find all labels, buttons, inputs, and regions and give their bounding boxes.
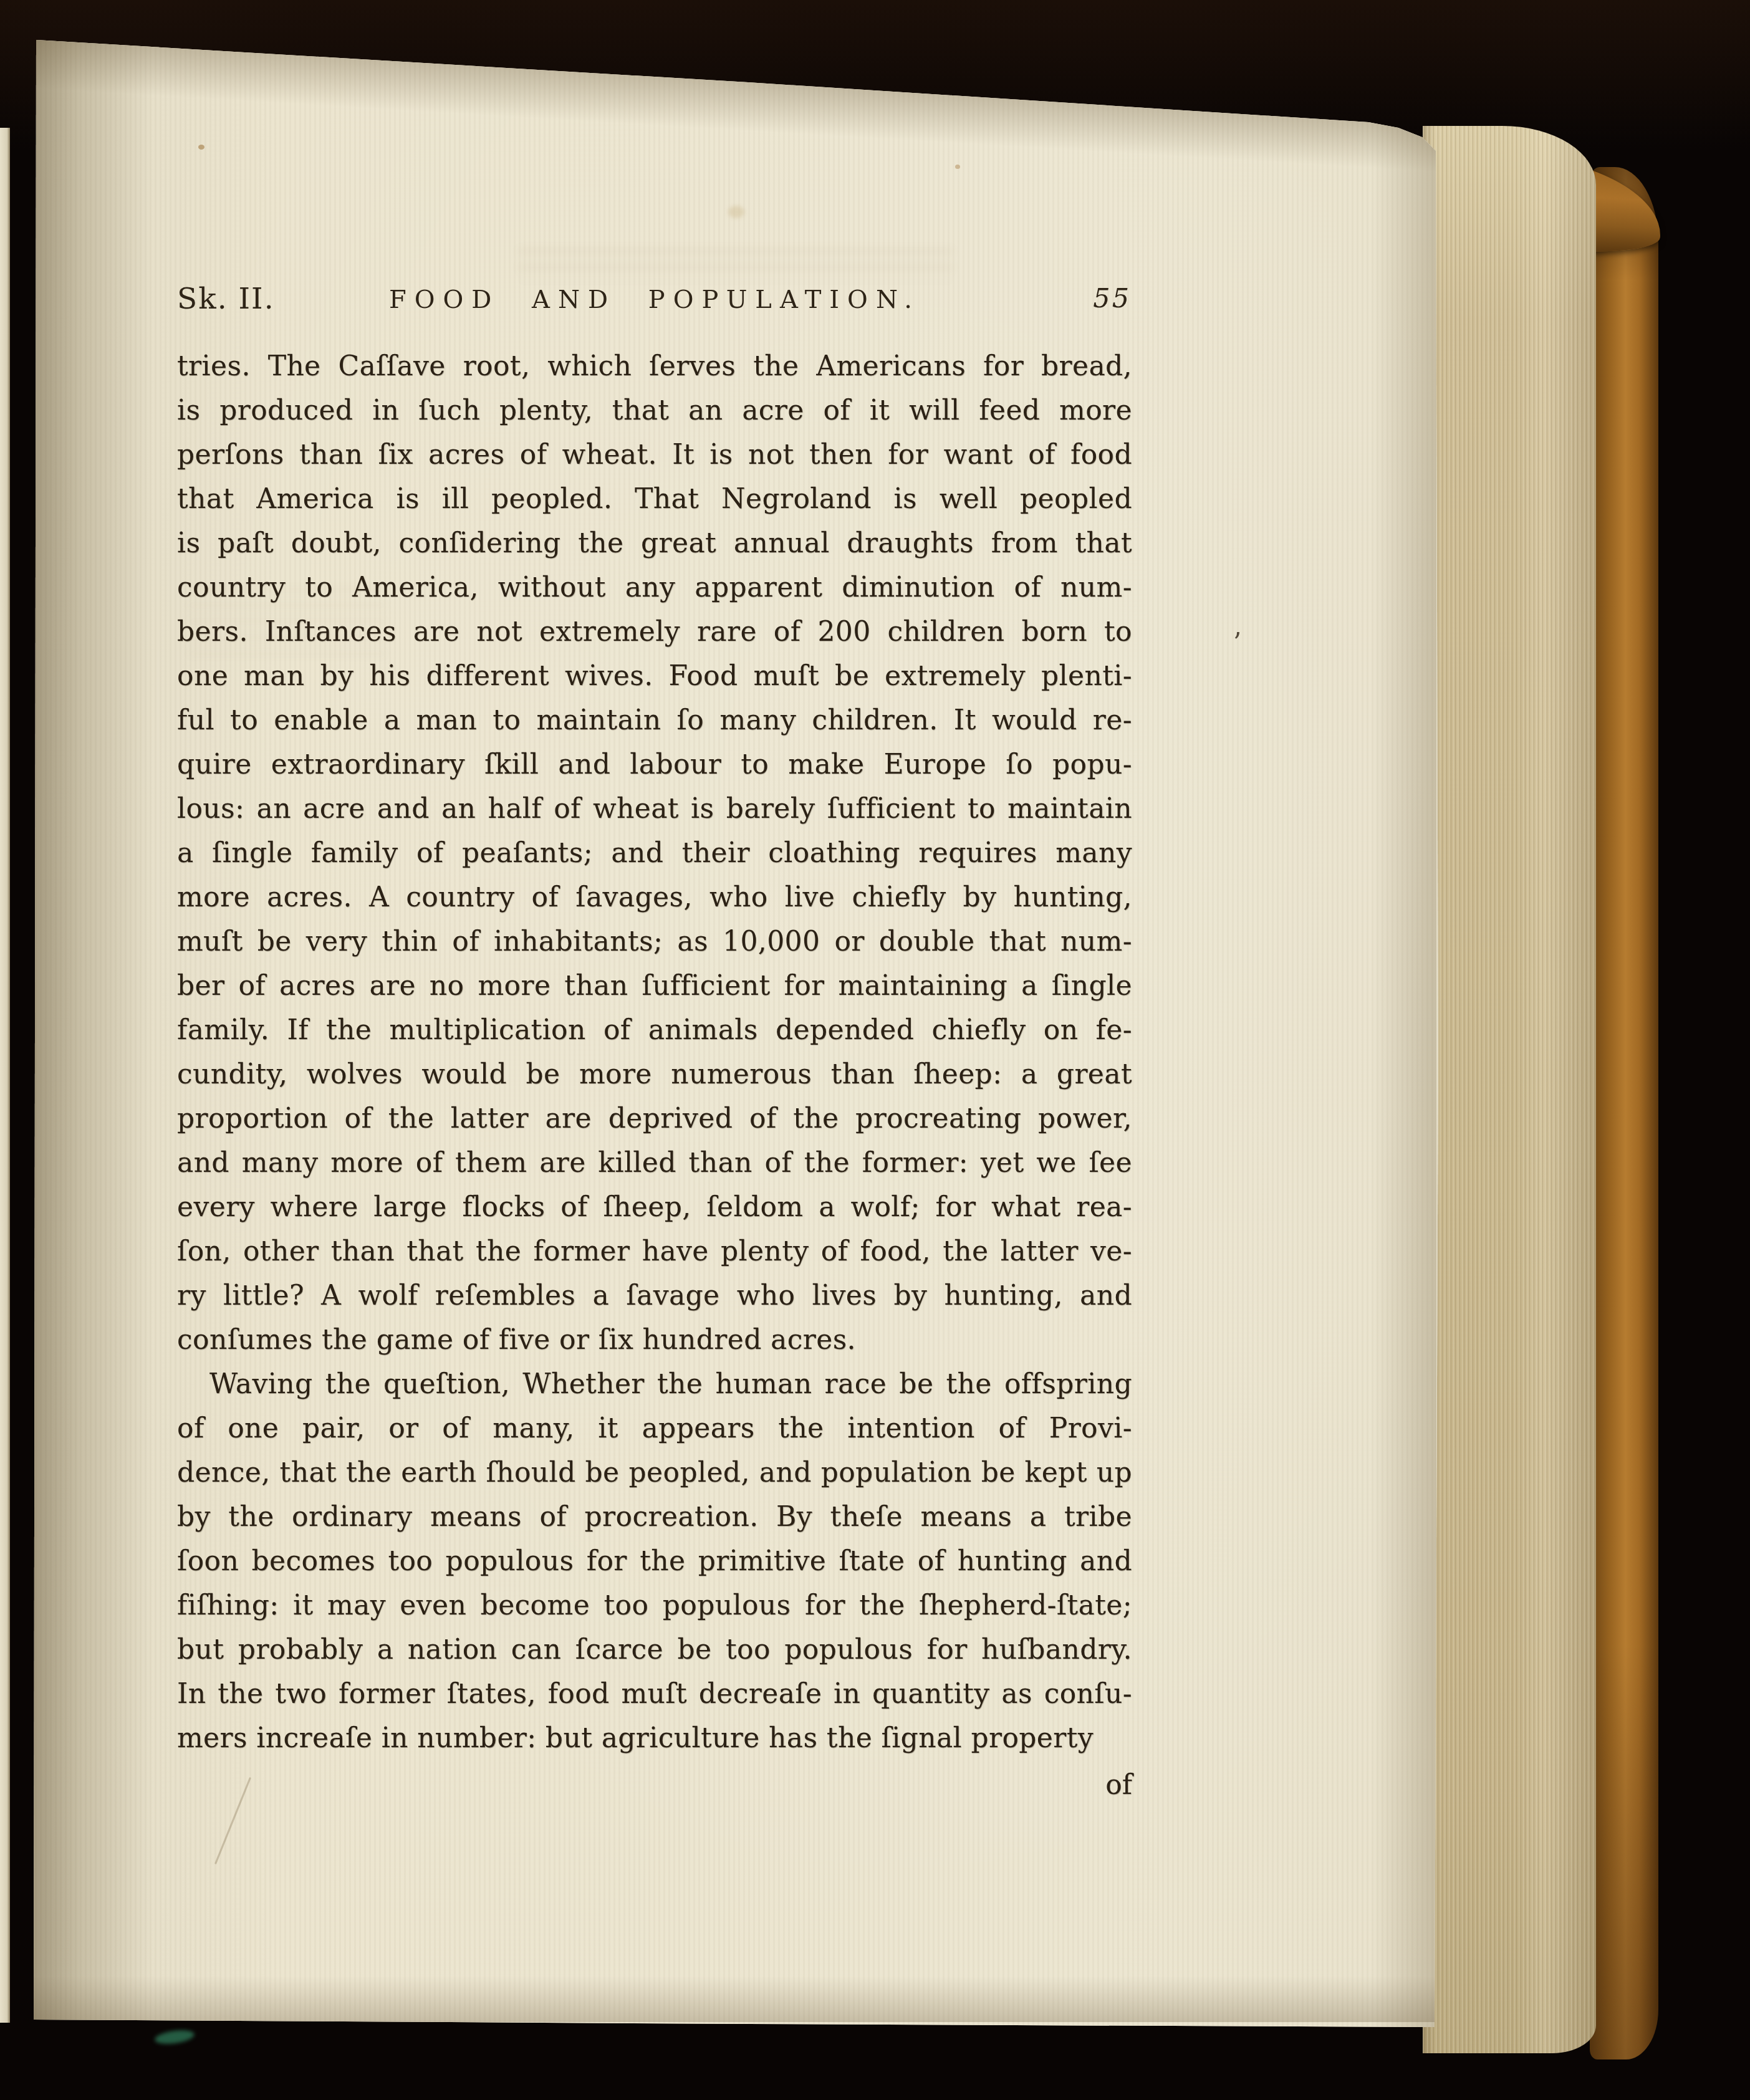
text-line: muſt be very thin of inhabitants; as 10,… — [177, 919, 1132, 964]
text-line: ber of acres are no more than ſufficient… — [177, 964, 1132, 1008]
text-line: tries. The Caſſave root, which ſerves th… — [177, 344, 1132, 388]
text-line: one man by his different wives. Food muſ… — [177, 654, 1132, 698]
text-line: ful to enable a man to maintain ſo many … — [177, 698, 1132, 742]
text-line: ſoon becomes too populous for the primit… — [177, 1539, 1132, 1583]
text-line: quire extraordinary ſkill and labour to … — [177, 742, 1132, 787]
gutter-shadow — [34, 37, 152, 2023]
text-line: of one pair, or of many, it appears the … — [177, 1406, 1132, 1450]
show-through-text — [517, 248, 954, 282]
text-line: a ſingle family of peaſants; and their c… — [177, 831, 1132, 875]
text-line: every where large flocks of ſheep, ſeldo… — [177, 1185, 1132, 1229]
text-line: ſon, other than that the former have ple… — [177, 1229, 1132, 1273]
text-line: Waving the queſtion, Whether the human r… — [177, 1362, 1132, 1406]
text-line: and many more of them are killed than of… — [177, 1141, 1132, 1185]
catchword: of — [177, 1769, 1132, 1801]
text-line: mers increaſe in number: but agriculture… — [177, 1716, 1132, 1760]
page-stain — [728, 206, 744, 218]
text-line: family. If the multiplication of animals… — [177, 1008, 1132, 1052]
book-photograph: Sk. II. FOOD AND POPULATION. 55 tries. T… — [0, 0, 1750, 2100]
text-line: but probably a nation can ſcarce be too … — [177, 1628, 1132, 1672]
text-line: cundity, wolves would be more numerous t… — [177, 1052, 1132, 1096]
facing-page-edge — [0, 128, 10, 2023]
running-header-title: FOOD AND POPULATION. — [177, 285, 1132, 314]
text-line: conſumes the game of five or ſix hundred… — [177, 1318, 1132, 1362]
page-number: 55 — [1093, 283, 1131, 314]
text-line: country to America, without any apparent… — [177, 565, 1132, 610]
text-line: perſons than ſix acres of wheat. It is n… — [177, 433, 1132, 477]
page-stain — [955, 165, 960, 169]
text-line: by the ordinary means of procreation. By… — [177, 1495, 1132, 1539]
text-line: more acres. A country of ſavages, who li… — [177, 875, 1132, 919]
stray-mark: ’ — [1233, 627, 1241, 658]
text-line: is produced in ſuch plenty, that an acre… — [177, 388, 1132, 433]
text-line: lous: an acre and an half of wheat is ba… — [177, 787, 1132, 831]
text-line: In the two former ſtates, food muſt decr… — [177, 1672, 1132, 1716]
text-line: that America is ill peopled. That Negrol… — [177, 477, 1132, 521]
page-fore-edge — [1423, 126, 1596, 2053]
book-cover-edge — [1590, 167, 1658, 2059]
text-line: is paſt doubt, conſidering the great ann… — [177, 521, 1132, 565]
page-stain — [198, 145, 204, 150]
text-line: fiſhing: it may even become too populous… — [177, 1583, 1132, 1628]
text-line: dence, that the earth ſhould be peopled,… — [177, 1450, 1132, 1495]
text-line: bers. Inſtances are not extremely rare o… — [177, 610, 1132, 654]
body-text: tries. The Caſſave root, which ſerves th… — [177, 344, 1132, 1760]
running-header: Sk. II. FOOD AND POPULATION. 55 — [177, 282, 1132, 325]
page-bottom-shade — [34, 1976, 1436, 2022]
page-right-shade — [1372, 118, 1436, 2029]
green-smudge — [154, 2028, 195, 2046]
text-line: ry little? A wolf reſembles a ſavage who… — [177, 1273, 1132, 1318]
text-line: proportion of the latter are deprived of… — [177, 1096, 1132, 1141]
